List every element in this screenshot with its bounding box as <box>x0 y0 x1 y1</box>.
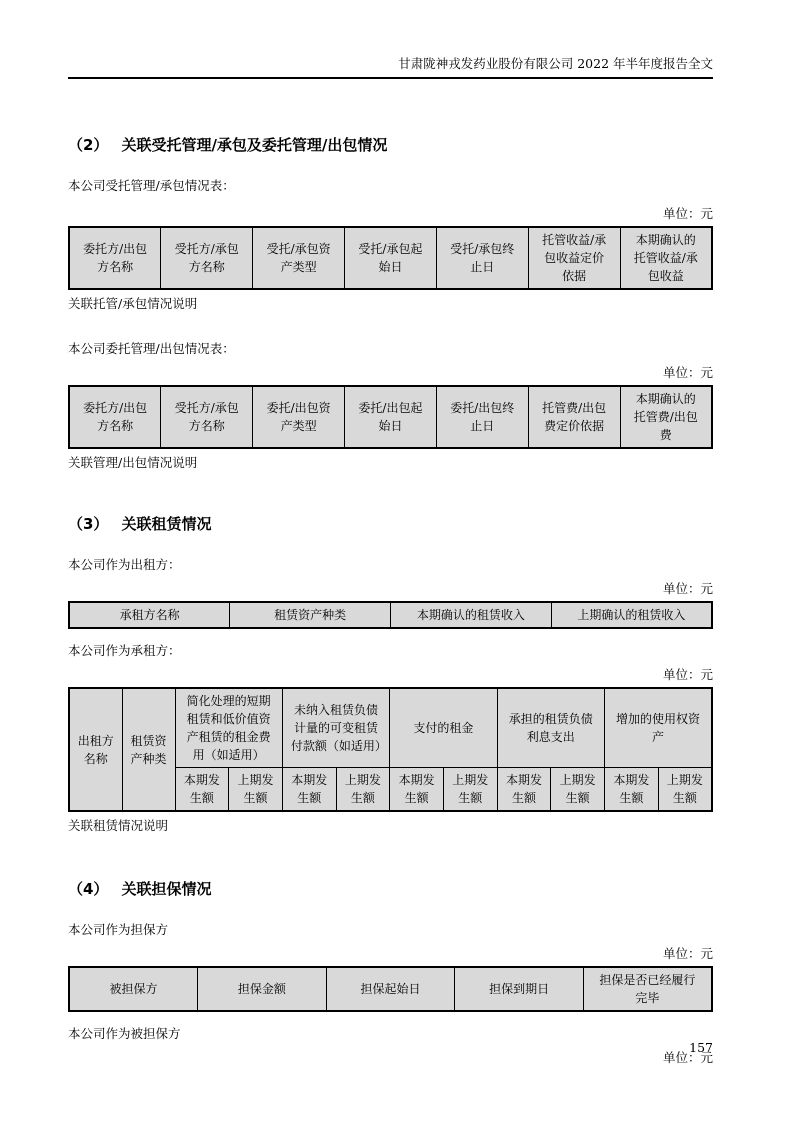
column-subheader: 上期发生额 <box>551 768 605 812</box>
guarantee-table-header-row: 被担保方 担保金额 担保起始日 担保到期日 担保是否已经履行完毕 <box>69 967 712 1011</box>
page-number: 157 <box>689 1040 713 1055</box>
column-header: 担保是否已经履行完毕 <box>583 967 712 1011</box>
column-subheader: 本期发生额 <box>497 768 551 812</box>
column-header: 上期确认的租赁收入 <box>551 602 712 628</box>
column-subheader: 本期发生额 <box>175 768 229 812</box>
column-header: 担保起始日 <box>326 967 455 1011</box>
column-header: 委托/出包资产类型 <box>253 386 345 448</box>
column-header: 委托/出包终止日 <box>436 386 528 448</box>
column-header: 受托/承包资产类型 <box>253 227 345 289</box>
column-header: 租赁资产种类 <box>230 602 391 628</box>
guarantee-table: 被担保方 担保金额 担保起始日 担保到期日 担保是否已经履行完毕 <box>68 966 713 1012</box>
section-4-heading: （4） 关联担保情况 <box>68 879 713 899</box>
column-header: 委托方/出包方名称 <box>69 386 161 448</box>
section-3-heading: （3） 关联租赁情况 <box>68 514 713 534</box>
unit-label: 单位：元 <box>68 205 713 222</box>
report-page: 甘肃陇神戎发药业股份有限公司 2022 年半年度报告全文 （2） 关联受托管理/… <box>0 0 793 1122</box>
lease-note: 关联租赁情况说明 <box>68 817 713 834</box>
section-2-number: （2） <box>68 135 108 155</box>
column-header: 受托/承包终止日 <box>436 227 528 289</box>
unit-label: 单位：元 <box>68 1049 713 1066</box>
column-header: 委托方/出包方名称 <box>69 227 161 289</box>
entrusted-table-header-row: 委托方/出包方名称 受托方/承包方名称 受托/承包资产类型 受托/承包起始日 受… <box>69 227 712 289</box>
section-2-heading: （2） 关联受托管理/承包及委托管理/出包情况 <box>68 135 713 155</box>
guarantor-intro: 本公司作为担保方 <box>68 921 713 938</box>
column-header: 租赁资产种类 <box>122 688 175 811</box>
column-subheader: 本期发生额 <box>390 768 444 812</box>
section-4-number: （4） <box>68 879 108 899</box>
outsourced-table-header-row: 委托方/出包方名称 受托方/承包方名称 委托/出包资产类型 委托/出包起始日 委… <box>69 386 712 448</box>
entrusted-table: 委托方/出包方名称 受托方/承包方名称 受托/承包资产类型 受托/承包起始日 受… <box>68 226 713 290</box>
lessee-table: 出租方名称 租赁资产种类 简化处理的短期租赁和低价值资产租赁的租金费用（如适用）… <box>68 687 713 812</box>
unit-label: 单位：元 <box>68 364 713 381</box>
column-subheader: 上期发生额 <box>658 768 712 812</box>
section-4-title: 关联担保情况 <box>121 879 211 899</box>
outsourced-note: 关联管理/出包情况说明 <box>68 454 713 471</box>
column-subheader: 本期发生额 <box>605 768 659 812</box>
column-header: 担保到期日 <box>455 967 584 1011</box>
column-header: 本期确认的托管费/出包费 <box>620 386 712 448</box>
column-subheader: 本期发生额 <box>282 768 336 812</box>
column-header: 本期确认的租赁收入 <box>391 602 552 628</box>
lessor-table: 承租方名称 租赁资产种类 本期确认的租赁收入 上期确认的租赁收入 <box>68 601 713 629</box>
outsourced-intro: 本公司委托管理/出包情况表： <box>68 340 713 357</box>
column-header: 托管费/出包费定价依据 <box>528 386 620 448</box>
unit-label: 单位：元 <box>68 945 713 962</box>
column-header: 受托方/承包方名称 <box>161 227 253 289</box>
entrusted-note: 关联托管/承包情况说明 <box>68 295 713 312</box>
section-2-title: 关联受托管理/承包及委托管理/出包情况 <box>121 135 387 155</box>
entrusted-intro: 本公司受托管理/承包情况表： <box>68 177 713 194</box>
column-subheader: 上期发生额 <box>229 768 283 812</box>
column-header: 委托/出包起始日 <box>345 386 437 448</box>
column-header: 受托/承包起始日 <box>345 227 437 289</box>
column-group-header: 承担的租赁负债利息支出 <box>497 688 604 768</box>
doc-header-title: 甘肃陇神戎发药业股份有限公司 2022 年半年度报告全文 <box>68 56 713 72</box>
column-group-header: 简化处理的短期租赁和低价值资产租赁的租金费用（如适用） <box>175 688 282 768</box>
column-header: 托管收益/承包收益定价依据 <box>528 227 620 289</box>
column-header: 受托方/承包方名称 <box>161 386 253 448</box>
column-header: 担保金额 <box>198 967 327 1011</box>
section-3-number: （3） <box>68 514 108 534</box>
column-header: 被担保方 <box>69 967 198 1011</box>
doc-header: 甘肃陇神戎发药业股份有限公司 2022 年半年度报告全文 <box>68 0 713 79</box>
section-3-title: 关联租赁情况 <box>121 514 211 534</box>
lessee-intro: 本公司作为承租方： <box>68 642 713 659</box>
column-subheader: 上期发生额 <box>443 768 497 812</box>
unit-label: 单位：元 <box>68 580 713 597</box>
column-header: 本期确认的托管收益/承包收益 <box>620 227 712 289</box>
column-group-header: 支付的租金 <box>390 688 497 768</box>
column-header: 承租方名称 <box>69 602 230 628</box>
column-subheader: 上期发生额 <box>336 768 390 812</box>
column-header: 出租方名称 <box>69 688 122 811</box>
guaranteed-intro: 本公司作为被担保方 <box>68 1025 713 1042</box>
unit-label: 单位：元 <box>68 666 713 683</box>
column-group-header: 未纳入租赁负债计量的可变租赁付款额（如适用） <box>282 688 389 768</box>
lessor-intro: 本公司作为出租方： <box>68 556 713 573</box>
column-group-header: 增加的使用权资产 <box>605 688 713 768</box>
header-rule <box>68 77 713 79</box>
outsourced-table: 委托方/出包方名称 受托方/承包方名称 委托/出包资产类型 委托/出包起始日 委… <box>68 385 713 449</box>
lessor-table-header-row: 承租方名称 租赁资产种类 本期确认的租赁收入 上期确认的租赁收入 <box>69 602 712 628</box>
lessee-table-group-row: 出租方名称 租赁资产种类 简化处理的短期租赁和低价值资产租赁的租金费用（如适用）… <box>69 688 712 768</box>
